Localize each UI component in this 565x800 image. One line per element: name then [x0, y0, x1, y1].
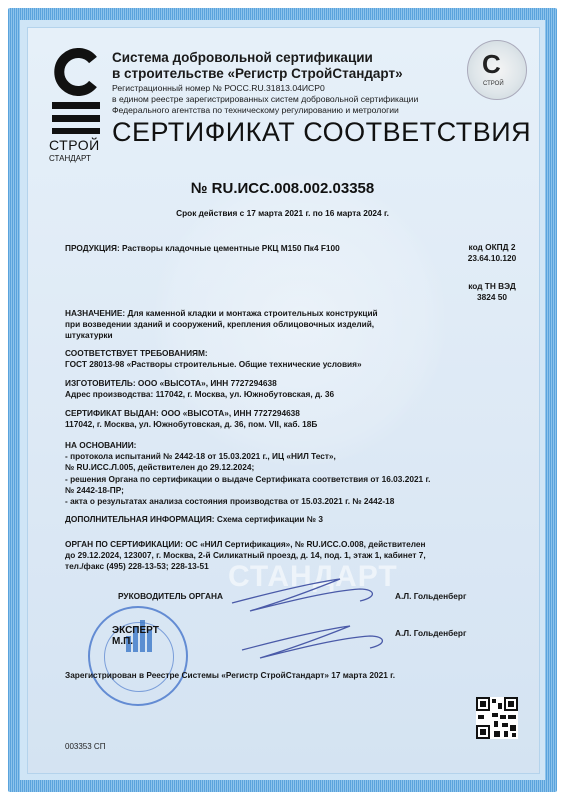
cert-body-line: ОРГАН ПО СЕРТИФИКАЦИИ: ОС «НИЛ Сертифика… — [65, 539, 426, 550]
cert-body-line: тел./факс (495) 228-13-53; 228-13-51 — [65, 561, 426, 572]
seal-label: М.П. — [112, 636, 159, 647]
basis-line: - акта о результатах анализа состояния п… — [65, 496, 430, 507]
manufacturer-line: ИЗГОТОВИТЕЛЬ: ООО «ВЫСОТА», ИНН 77272946… — [65, 378, 334, 389]
reg-line-3: Федерального агентства по техническому р… — [112, 105, 418, 116]
tnved-label: код ТН ВЭД — [452, 281, 532, 292]
seal-stamp — [88, 606, 188, 706]
expert-block: ЭКСПЕРТ М.П. — [112, 625, 159, 647]
expert-name: А.Л. Гольденберг — [395, 628, 466, 639]
registration-info: Регистрационный номер № РОСС.RU.31813.04… — [112, 83, 418, 116]
manufacturer-section: ИЗГОТОВИТЕЛЬ: ООО «ВЫСОТА», ИНН 77272946… — [65, 378, 334, 400]
registration-note: Зарегистрирован в Реестре Системы «Регис… — [65, 670, 395, 681]
additional-info: ДОПОЛНИТЕЛЬНАЯ ИНФОРМАЦИЯ: Схема сертифи… — [65, 514, 323, 525]
qr-code-icon — [476, 697, 518, 739]
okpd-value: 23.64.10.120 — [452, 253, 532, 264]
purpose-section: НАЗНАЧЕНИЕ: Для каменной кладки и монтаж… — [65, 308, 378, 342]
validity-period: Срок действия с 17 марта 2021 г. по 16 м… — [0, 208, 565, 218]
purpose-line: при возведении зданий и сооружений, креп… — [65, 319, 378, 330]
purpose-line: штукатурки — [65, 330, 378, 341]
logo-c-icon — [52, 48, 100, 96]
form-serial-number: 003353 СП — [65, 742, 105, 751]
hologram-c: C — [482, 49, 501, 80]
issued-to-address: 117042, г. Москва, ул. Южнобутовская, д.… — [65, 419, 317, 430]
expert-label: ЭКСПЕРТ — [112, 625, 159, 636]
head-label: РУКОВОДИТЕЛЬ ОРГАНА — [118, 591, 223, 602]
okpd-code: код ОКПД 2 23.64.10.120 — [452, 242, 532, 264]
system-line-1: Система добровольной сертификации — [112, 50, 403, 66]
logo-bar-top — [52, 102, 100, 109]
hologram-icon: C СТРОЙ — [467, 40, 527, 100]
certificate-number: № RU.ИСС.008.002.03358 — [0, 180, 565, 197]
reg-line-2: в едином реестре зарегистрированных сист… — [112, 94, 418, 105]
certification-body-section: ОРГАН ПО СЕРТИФИКАЦИИ: ОС «НИЛ Сертифика… — [65, 539, 426, 573]
signature-expert — [240, 620, 390, 660]
product: ПРОДУКЦИЯ: Растворы кладочные цементные … — [65, 243, 340, 254]
basis-line: - протокола испытаний № 2442-18 от 15.03… — [65, 451, 430, 462]
signature-head — [230, 575, 380, 615]
basis-heading: НА ОСНОВАНИИ: — [65, 440, 430, 451]
system-name: Система добровольной сертификации в стро… — [112, 50, 403, 82]
document-title: СЕРТИФИКАТ СООТВЕТСТВИЯ — [112, 117, 531, 148]
tnved-value: 3824 50 — [452, 292, 532, 303]
requirements-standard: ГОСТ 28013-98 «Растворы строительные. Об… — [65, 359, 362, 370]
basis-line: № 2442-18-ПР; — [65, 485, 430, 496]
purpose-line: НАЗНАЧЕНИЕ: Для каменной кладки и монтаж… — [65, 308, 378, 319]
basis-section: НА ОСНОВАНИИ: - протокола испытаний № 24… — [65, 440, 430, 507]
logo-word-standart: СТАНДАРТ — [49, 154, 91, 163]
cert-body-line: до 29.12.2024, 123007, г. Москва, 2-й Си… — [65, 550, 426, 561]
head-name: А.Л. Гольденберг — [395, 591, 466, 602]
reg-line-1: Регистрационный номер № РОСС.RU.31813.04… — [112, 83, 418, 94]
tnved-code: код ТН ВЭД 3824 50 — [452, 281, 532, 303]
system-line-2: в строительстве «Регистр СтройСтандарт» — [112, 66, 403, 82]
issued-to-section: СЕРТИФИКАТ ВЫДАН: ООО «ВЫСОТА», ИНН 7727… — [65, 408, 317, 430]
logo-bar-bottom — [52, 128, 100, 134]
okpd-label: код ОКПД 2 — [452, 242, 532, 253]
basis-line: - решения Органа по сертификации о выдач… — [65, 474, 430, 485]
requirements-heading: СООТВЕТСТВУЕТ ТРЕБОВАНИЯМ: — [65, 348, 362, 359]
issued-to-line: СЕРТИФИКАТ ВЫДАН: ООО «ВЫСОТА», ИНН 7727… — [65, 408, 317, 419]
hologram-text: СТРОЙ — [483, 81, 504, 87]
logo-word-stroy: СТРОЙ — [49, 137, 100, 153]
logo-bar-middle — [52, 115, 100, 122]
basis-line: № RU.ИСС.Л.005, действителен до 29.12.20… — [65, 462, 430, 473]
manufacturer-address: Адрес производства: 117042, г. Москва, у… — [65, 389, 334, 400]
requirements-section: СООТВЕТСТВУЕТ ТРЕБОВАНИЯМ: ГОСТ 28013-98… — [65, 348, 362, 370]
